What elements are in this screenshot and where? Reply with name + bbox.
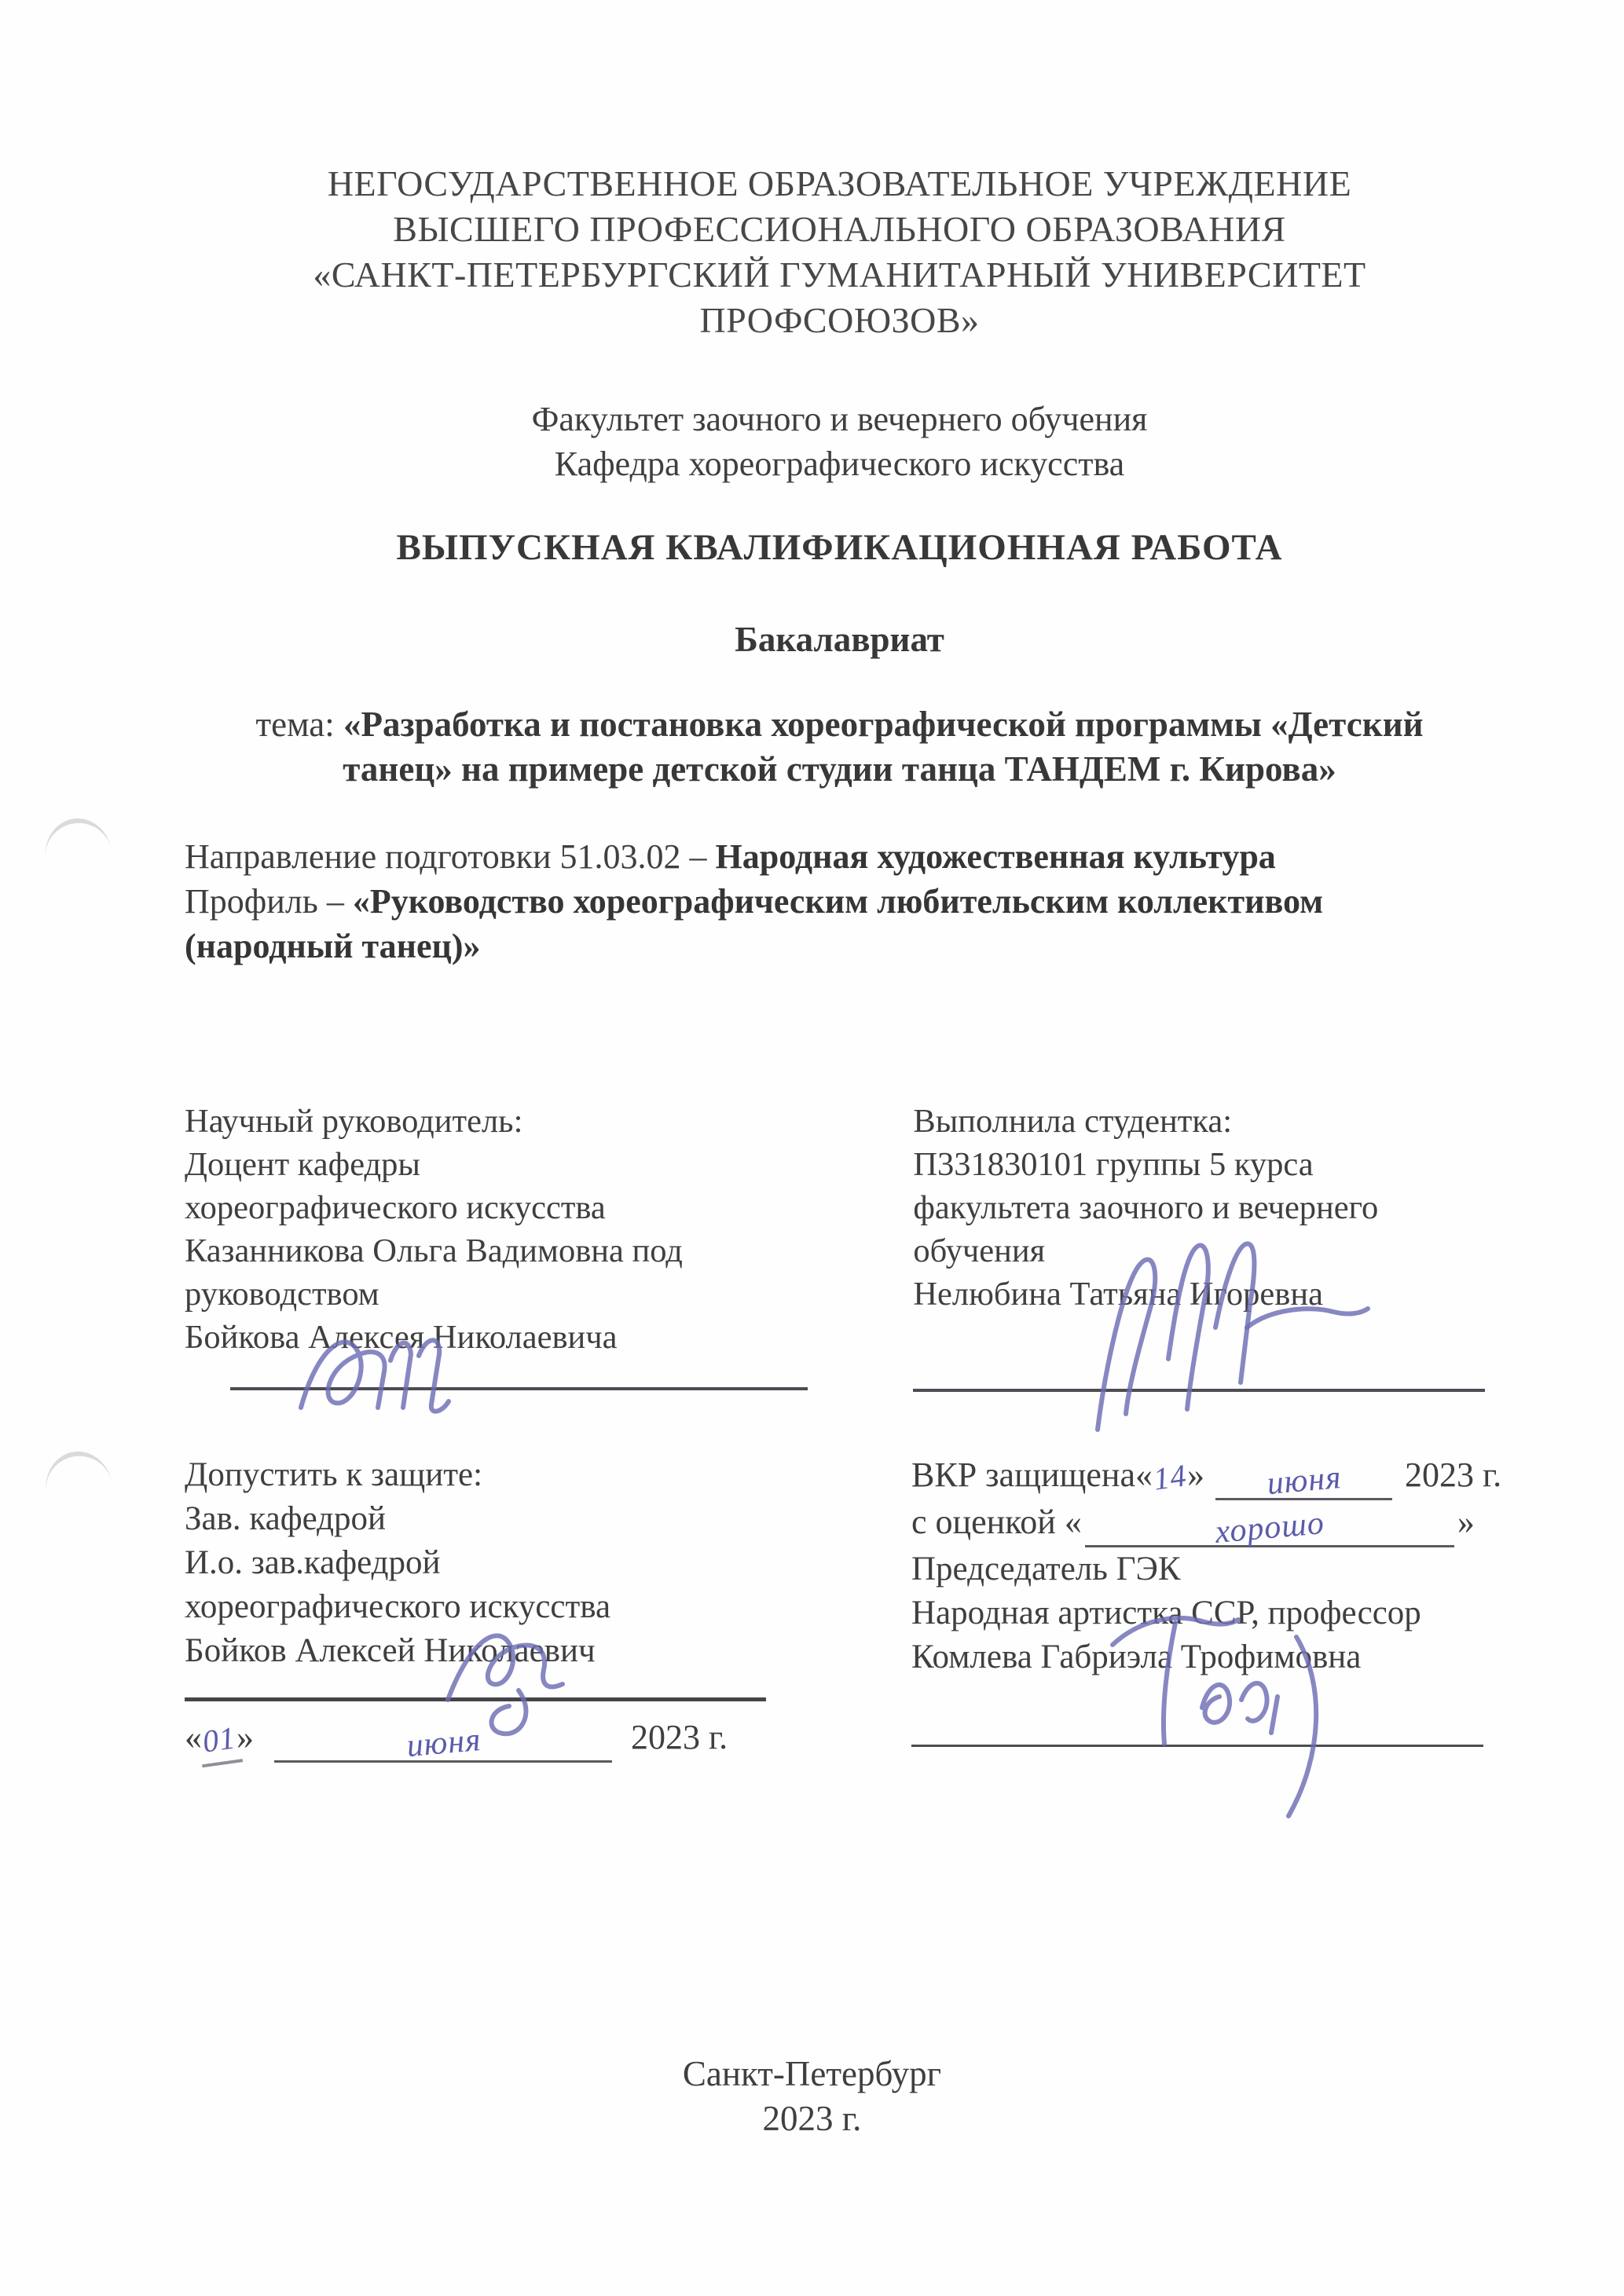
profile-line-2: (народный танец)»: [185, 924, 1494, 969]
defense-section: ВКР защищена«14»июня2023 г. с оценкой «х…: [911, 1453, 1494, 1763]
faculty-department-block: Факультет заочного и вечернего обучения …: [185, 397, 1494, 486]
student-line-3: факультета заочного и вечернего: [913, 1186, 1494, 1229]
institution-line-3: «САНКТ-ПЕТЕРБУРГСКИЙ ГУМАНИТАРНЫЙ УНИВЕР…: [185, 252, 1494, 298]
admission-line-4: хореографического искусства: [185, 1585, 845, 1629]
admission-year-label: 2023 г.: [631, 1718, 728, 1756]
institution-line-4: ПРОФСОЮЗОВ»: [185, 298, 1494, 343]
theme-line-1: тема: «Разработка и постановка хореограф…: [185, 702, 1494, 747]
gek-line-3: Комлева Габриэла Трофимовна: [911, 1635, 1494, 1679]
student-line-1: Выполнила студентка:: [913, 1100, 1494, 1143]
work-type-title: ВЫПУСКНАЯ КВАЛИФИКАЦИОННАЯ РАБОТА: [185, 525, 1494, 570]
profile-prefix: Профиль –: [185, 882, 353, 921]
signatories-lower-section: Допустить к защите: Зав. кафедрой И.о. з…: [185, 1453, 1494, 1763]
degree-subtitle: Бакалавриат: [185, 617, 1494, 661]
student-line-2: П331830101 группы 5 курса: [913, 1143, 1494, 1186]
supervisor-section: Научный руководитель: Доцент кафедры хор…: [185, 1100, 846, 1392]
faculty-line: Факультет заочного и вечернего обучения: [185, 397, 1494, 441]
thesis-title-page: НЕГОСУДАРСТВЕННОЕ ОБРАЗОВАТЕЛЬНОЕ УЧРЕЖД…: [0, 0, 1624, 2296]
student-signature-line: [913, 1389, 1485, 1392]
theme-text-1: «Разработка и постановка хореографическо…: [343, 705, 1424, 744]
defense-prefix: ВКР защищена: [911, 1456, 1135, 1494]
student-line-4: обучения: [913, 1229, 1494, 1273]
gek-line-1: Председатель ГЭК: [911, 1547, 1494, 1591]
grade-close-quote: »: [1457, 1503, 1475, 1541]
direction-profile-block: Направление подготовки 51.03.02 – Народн…: [185, 834, 1494, 969]
admission-section: Допустить к защите: Зав. кафедрой И.о. з…: [185, 1453, 845, 1763]
gek-line-2: Народная артистка ССР, профессор: [911, 1591, 1494, 1635]
chair-signature-line: [911, 1745, 1483, 1747]
supervisor-line-3: хореографического искусства: [185, 1186, 846, 1229]
student-line-5: Нелюбина Татьяна Игоревна: [913, 1273, 1494, 1316]
supervisor-line-4: Казанникова Ольга Вадимовна под: [185, 1229, 846, 1273]
handwritten-admission-day: 01: [196, 1716, 243, 1768]
profile-name-1: «Руководство хореографическим любительск…: [353, 882, 1323, 921]
handwritten-defense-month: июня: [1265, 1456, 1344, 1506]
supervisor-line-1: Научный руководитель:: [185, 1100, 846, 1143]
theme-prefix: тема:: [255, 705, 334, 744]
admission-line-1: Допустить к защите:: [185, 1453, 845, 1497]
student-section: Выполнила студентка: П331830101 группы 5…: [913, 1100, 1494, 1392]
thesis-theme: тема: «Разработка и постановка хореограф…: [185, 702, 1494, 792]
grade-prefix: с оценкой «: [911, 1503, 1082, 1541]
grade-line: хорошо: [1085, 1500, 1454, 1547]
profile-line-1: Профиль – «Руководство хореографическим …: [185, 879, 1494, 924]
footer-block: Санкт-Петербург 2023 г.: [0, 2052, 1624, 2141]
handwritten-grade: хорошо: [1214, 1501, 1327, 1554]
supervisor-line-6: Бойкова Алексея Николаевича: [185, 1316, 846, 1359]
footer-city: Санкт-Петербург: [0, 2052, 1624, 2096]
supervisor-line-5: руководством: [185, 1273, 846, 1316]
direction-prefix: Направление подготовки 51.03.02 –: [185, 837, 716, 876]
supervisor-signature-line: [230, 1387, 808, 1390]
handwritten-admission-month: июня: [405, 1718, 483, 1768]
theme-line-2: танец» на примере детской студии танца Т…: [185, 747, 1494, 792]
admission-signature-line: [185, 1697, 766, 1701]
defense-year-label: 2023 г.: [1405, 1456, 1501, 1494]
direction-name: Народная художественная культура: [716, 837, 1276, 876]
institution-line-2: ВЫСШЕГО ПРОФЕССИОНАЛЬНОГО ОБРАЗОВАНИЯ: [185, 207, 1494, 252]
direction-line: Направление подготовки 51.03.02 – Народн…: [185, 834, 1494, 879]
supervisor-line-2: Доцент кафедры: [185, 1143, 846, 1186]
admission-month-line: июня: [274, 1716, 612, 1763]
signatories-upper-section: Научный руководитель: Доцент кафедры хор…: [185, 1100, 1494, 1392]
defense-date-row: ВКР защищена«14»июня2023 г.: [911, 1453, 1494, 1500]
institution-line-1: НЕГОСУДАРСТВЕННОЕ ОБРАЗОВАТЕЛЬНОЕ УЧРЕЖД…: [185, 161, 1494, 207]
defense-month-line: июня: [1215, 1453, 1392, 1500]
admission-line-2: Зав. кафедрой: [185, 1497, 845, 1541]
admission-line-3: И.о. зав.кафедрой: [185, 1541, 845, 1585]
department-line: Кафедра хореографического искусства: [185, 441, 1494, 486]
admission-date-row: «01»июня2023 г.: [185, 1716, 845, 1763]
institution-header: НЕГОСУДАРСТВЕННОЕ ОБРАЗОВАТЕЛЬНОЕ УЧРЕЖД…: [185, 161, 1494, 343]
grade-row: с оценкой «хорошо»: [911, 1500, 1494, 1547]
handwritten-defense-day: 14: [1147, 1453, 1193, 1503]
footer-year: 2023 г.: [0, 2096, 1624, 2141]
admission-line-5: Бойков Алексей Николаевич: [185, 1629, 845, 1673]
